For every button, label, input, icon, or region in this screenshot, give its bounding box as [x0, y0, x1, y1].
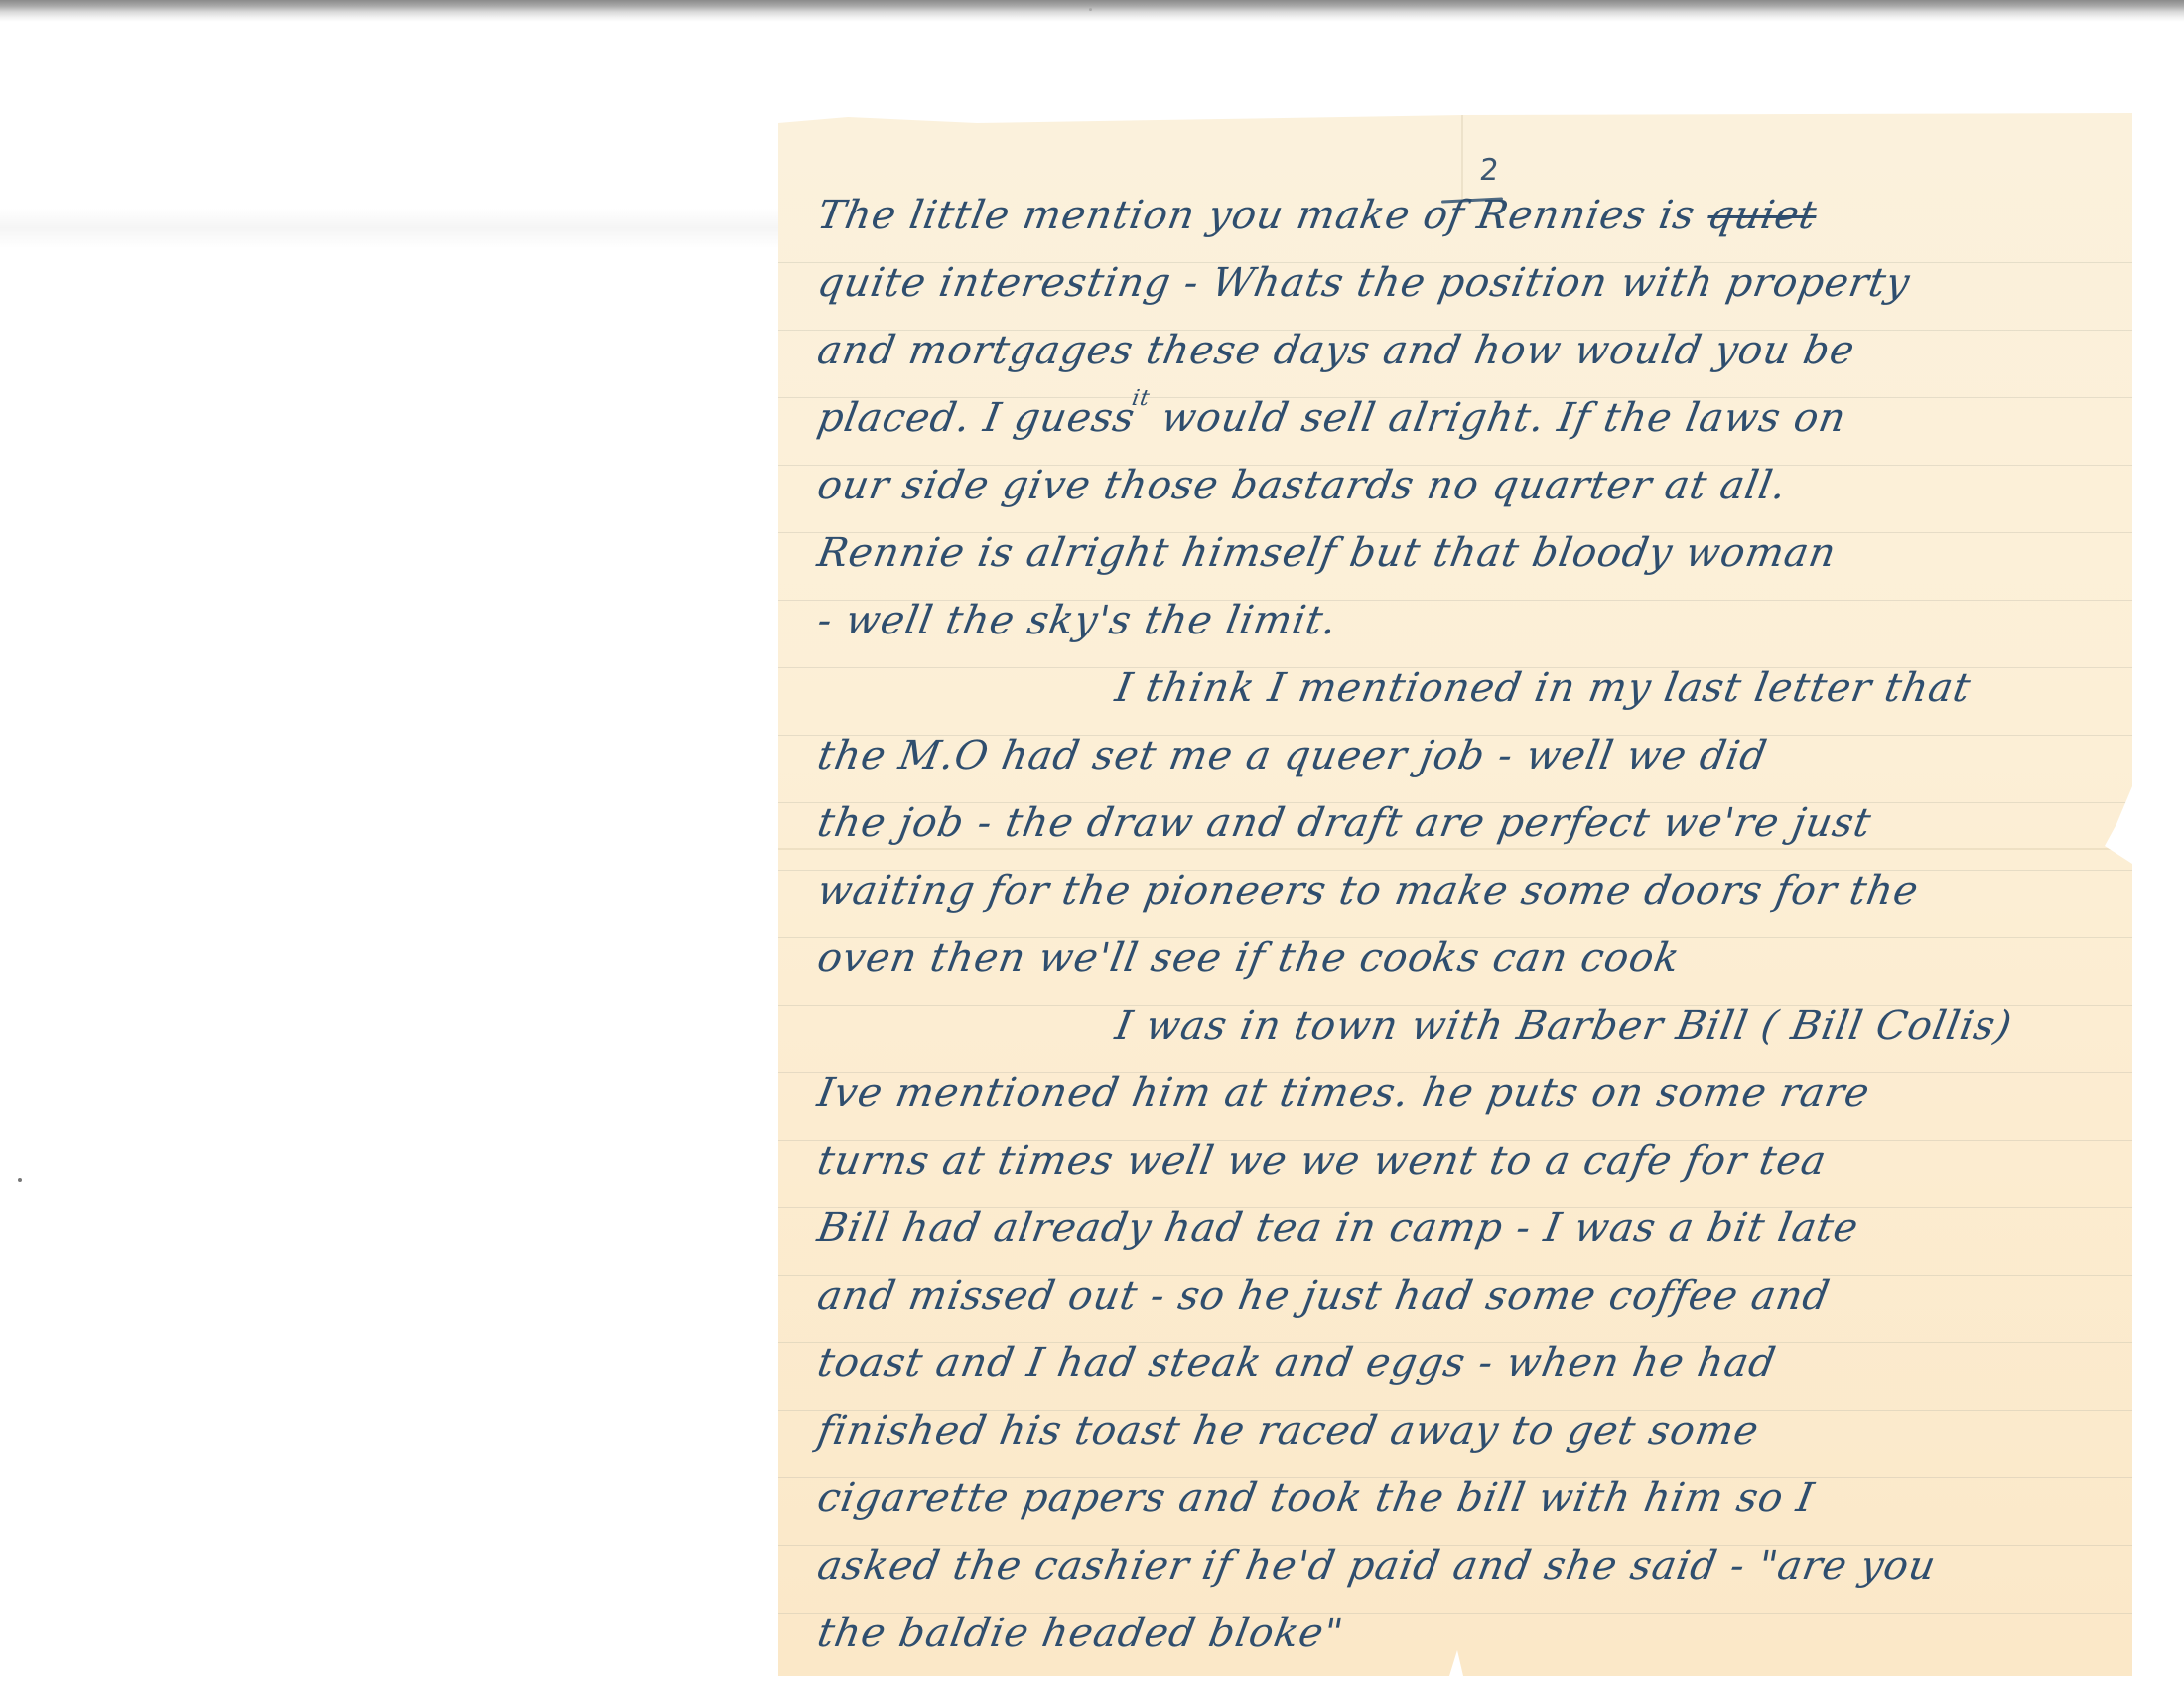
letter-line-9: the M.O had set me a queer job - well we… [814, 733, 1771, 778]
letter-line-4: placed. I guessit would sell alright. If… [814, 395, 1849, 441]
inserted-word: it [1130, 386, 1152, 411]
letter-page: 2 The little mention you make of Rennies… [778, 113, 2132, 1676]
letter-line-3: and mortgages these days and how would y… [814, 328, 1858, 373]
letter-line-15: turns at times well we we went to a cafe… [814, 1138, 1831, 1184]
letter-line-7: - well the sky's the limit. [814, 598, 1341, 643]
letter-line-19: finished his toast he raced away to get … [814, 1408, 1763, 1454]
page-number: 2 [1457, 153, 1521, 188]
line-text: would sell alright. If the laws on [1145, 395, 1849, 441]
letter-line-22: the baldie headed bloke" [814, 1611, 1347, 1656]
line-text: The little mention you make of Rennies i… [814, 193, 1699, 238]
letter-line-18: toast and I had steak and eggs - when he… [814, 1340, 1780, 1386]
struck-out-word: quiet [1705, 193, 1821, 238]
letter-line-20: cigarette papers and took the bill with … [814, 1476, 1818, 1521]
letter-line-8: I think I mentioned in my last letter th… [1112, 665, 1975, 711]
paper-fold [778, 848, 2132, 850]
dust-speck [1089, 8, 1092, 11]
letter-line-6: Rennie is alright himself but that blood… [814, 530, 1840, 576]
letter-line-13: I was in town with Barber Bill ( Bill Co… [1112, 1003, 2016, 1049]
letter-line-14: Ive mentioned him at times. he puts on s… [814, 1070, 1873, 1116]
letter-line-1: The little mention you make of Rennies i… [814, 193, 1821, 238]
dust-speck [18, 1178, 22, 1182]
letter-line-17: and missed out - so he just had some cof… [814, 1273, 1834, 1319]
line-text: placed. I guess [814, 395, 1139, 441]
letter-line-12: oven then we'll see if the cooks can coo… [814, 935, 1684, 981]
letter-line-11: waiting for the pioneers to make some do… [814, 868, 1922, 914]
scanner-shadow [0, 209, 784, 248]
letter-line-21: asked the cashier if he'd paid and she s… [814, 1543, 1940, 1589]
scanner-edge-band [0, 0, 2184, 22]
letter-line-5: our side give those bastards no quarter … [814, 463, 1790, 508]
letter-line-10: the job - the draw and draft are perfect… [814, 800, 1875, 846]
letter-line-2: quite interesting - Whats the position w… [814, 260, 1914, 306]
letter-line-16: Bill had already had tea in camp - I was… [814, 1205, 1862, 1251]
